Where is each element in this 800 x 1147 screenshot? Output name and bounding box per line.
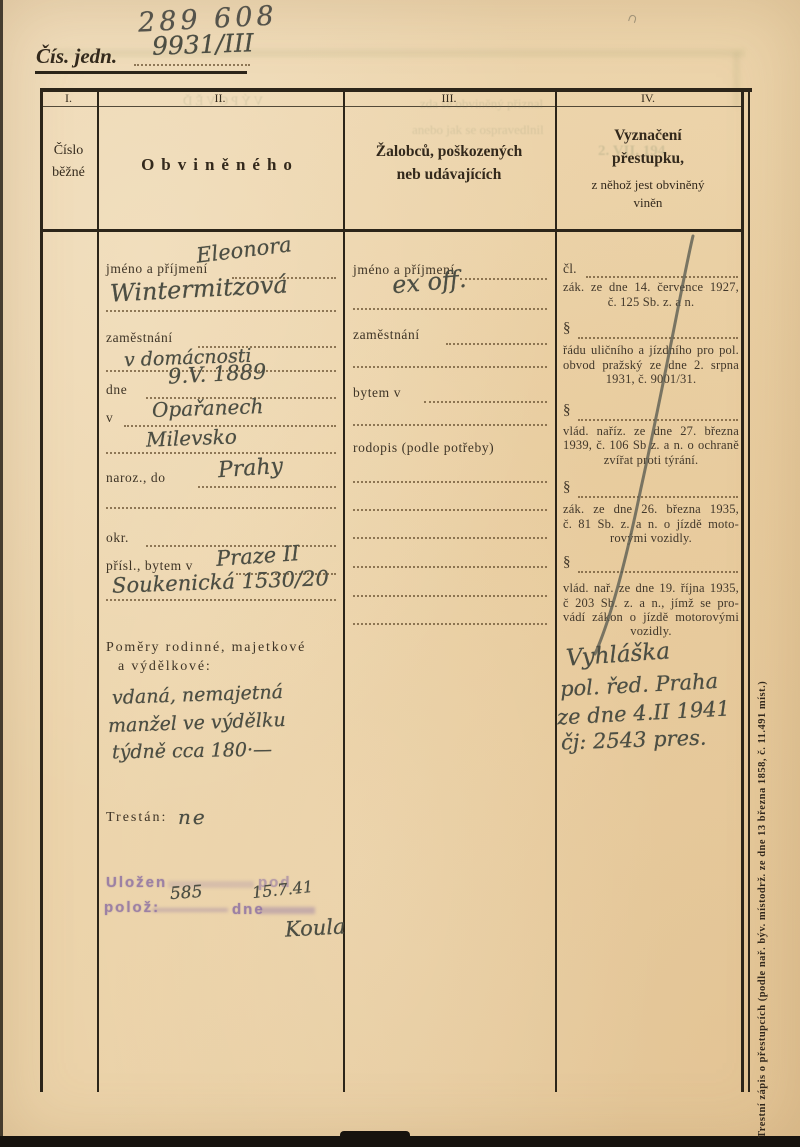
side-caption: Trestní zápis o přestupcích (podle nař. … — [757, 660, 773, 1138]
plaintiff-name-dotted2 — [353, 308, 547, 310]
accused-occupation-label: zaměstnání — [106, 330, 173, 346]
column-4-subtitle-line1: z něhož jest obviněný — [555, 177, 741, 193]
plaintiff-occupation-dotted — [446, 343, 547, 345]
plaintiff-rodopis-label: rodopis (podle potřeby) — [353, 440, 494, 456]
plaintiff-rodopis-dotted2 — [353, 509, 547, 511]
column-2-title: Obviněného — [97, 155, 343, 175]
filing-stamp-number-handwriting: 585 — [169, 882, 203, 904]
ghost-text-line2: anebo jak se ospravedlnil — [412, 122, 544, 138]
file-number-dotted-line — [134, 64, 250, 66]
accused-empty-dotted — [106, 507, 336, 509]
table-right-border-inner — [748, 88, 750, 1092]
accused-birthdate-label: dne — [106, 382, 127, 398]
plaintiff-rodopis-dotted4 — [353, 566, 547, 568]
table-left-border — [40, 88, 43, 1092]
scanned-form-page: 289 608 ∩ Čís. jedn. 9931/III I. II. III… — [0, 0, 800, 1147]
accused-okr-label: okr. — [106, 530, 129, 546]
column-4-numeral: IV. — [555, 91, 741, 106]
plaintiff-rodopis-dotted3 — [353, 537, 547, 539]
accused-pomery-label-line1: Poměry rodinné, majetkové — [106, 640, 306, 656]
accused-firstname-handwriting: Eleonora — [195, 232, 293, 268]
offense-note-handwriting-line2: pol. řed. Praha — [559, 669, 718, 701]
table-right-border-outer — [741, 88, 744, 1092]
accused-district-dotted — [106, 452, 336, 454]
accused-birthdate-handwriting: 9.V. 1889 — [167, 359, 266, 388]
accused-pomery-label-line2: a výdělkové: — [118, 659, 212, 675]
accused-address-dotted — [106, 599, 336, 601]
ghost-text-line1: zda se obviněný přiznal — [420, 96, 543, 112]
filing-stamp-word1: Uložen — [106, 874, 167, 891]
ghost-text-line4: VÝPOVĚĎ — [180, 93, 263, 109]
accused-prisl-handwriting: Praze II — [215, 541, 300, 571]
column-separator-3 — [555, 88, 557, 1092]
accused-district-handwriting: Milevsko — [146, 424, 238, 451]
column-1-title-line2: běžné — [40, 165, 97, 181]
accused-birthplace-label: v — [106, 410, 113, 426]
accused-trestan-label: Trestán: — [106, 810, 167, 826]
scan-bottom-bump — [340, 1131, 410, 1139]
clerk-signature: Koula — [284, 914, 346, 941]
filing-stamp-smear2 — [152, 908, 228, 912]
scan-left-edge — [0, 0, 3, 1147]
pen-checkmark-stroke — [565, 230, 705, 660]
column-separator-2 — [343, 88, 345, 1092]
file-number-value: 9931/III — [152, 28, 255, 61]
plaintiff-occupation-label: zaměstnání — [353, 327, 420, 343]
accused-naroz-label: naroz., do — [106, 470, 166, 486]
filing-stamp-smear3 — [260, 907, 315, 914]
column-3-title-line2: neb udávajících — [343, 166, 555, 184]
accused-naroz-dotted — [198, 486, 336, 488]
accused-pomery-handwriting-line3: týdně cca 180·— — [112, 739, 272, 764]
plaintiff-residence-label: bytem v — [353, 385, 401, 401]
ghost-text-line3: 2. VII. 194 — [598, 143, 665, 160]
plaintiff-residence-dotted — [424, 401, 547, 403]
accused-naroz-handwriting: Prahy — [217, 454, 284, 483]
plaintiff-empty-dotted2 — [353, 424, 547, 426]
column-1-title-line1: Číslo — [40, 143, 97, 159]
plaintiff-rodopis-dotted1 — [353, 481, 547, 483]
plaintiff-rodopis-dotted6 — [353, 623, 547, 625]
accused-birthplace-handwriting: Opařanech — [152, 394, 264, 422]
numeral-row-line — [40, 106, 741, 107]
column-separator-1 — [97, 88, 99, 1092]
plaintiff-rodopis-dotted5 — [353, 595, 547, 597]
accused-name-dotted2 — [106, 310, 336, 312]
offense-note-handwriting-line4: čj: 2543 pres. — [561, 725, 707, 754]
file-number-label: Čís. jedn. — [36, 44, 117, 69]
accused-pomery-handwriting-line1: vdaná, nemajetná — [112, 681, 284, 709]
plaintiff-empty-dotted1 — [353, 366, 547, 368]
plaintiff-name-handwriting: ex off. — [391, 265, 468, 299]
plaintiff-name-dotted — [460, 278, 547, 280]
column-1-numeral: I. — [40, 91, 97, 106]
accused-trestan-handwriting: ne — [178, 805, 207, 829]
file-number-underline — [35, 71, 247, 74]
column-4-subtitle-line2: viněn — [555, 195, 741, 211]
corner-squiggle-mark: ∩ — [626, 11, 639, 26]
column-3-title-line1: Žalobců, poškozených — [343, 143, 555, 161]
accused-pomery-handwriting-line2: manžel ve výdělku — [108, 709, 286, 737]
